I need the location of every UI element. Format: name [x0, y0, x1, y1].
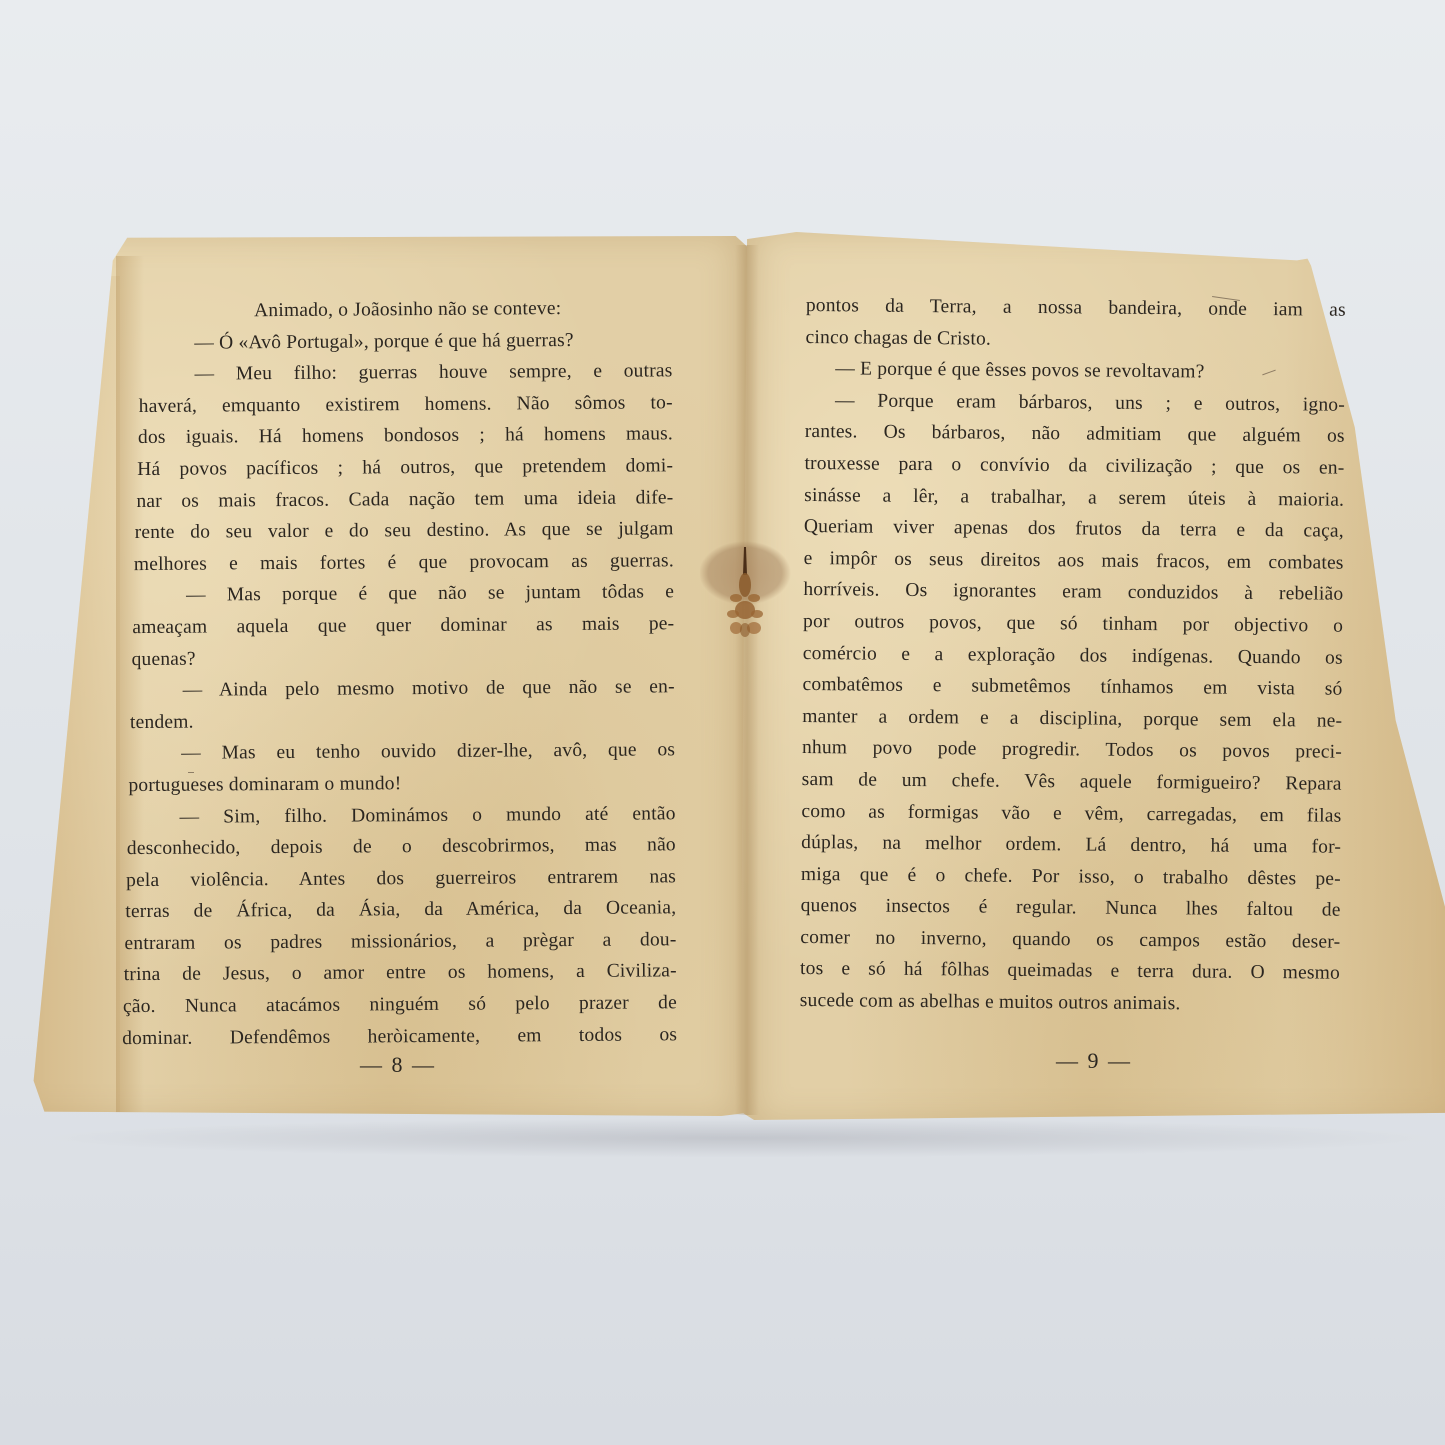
- text-line: Animado, o Joãosinho não se conteve:: [142, 292, 672, 327]
- text-line: combatêmos e submetêmos tínhamos em vist…: [802, 669, 1342, 705]
- text-line: sucede com as abelhas e muitos outros an…: [800, 985, 1340, 1021]
- text-line: e impôr os seus direitos aos mais fracos…: [804, 543, 1344, 579]
- text-line: terras de África, da Ásia, da América, d…: [125, 893, 676, 928]
- text-line: comércio e a exploração dos indígenas. Q…: [803, 638, 1343, 674]
- text-line: — Ainda pelo mesmo motivo de que não se …: [131, 671, 675, 706]
- text-line: desconhecido, depois de o descobrirmos, …: [127, 829, 676, 864]
- text-line: — Sim, filho. Dominámos o mundo até entã…: [128, 798, 676, 833]
- page-number-right: — 9 —: [1056, 1048, 1132, 1074]
- text-line: Queriam viver apenas dos frutos da terra…: [804, 511, 1344, 547]
- text-line: nar os mais fracos. Cada nação tem uma i…: [136, 482, 673, 517]
- text-line: pontos da Terra, a nossa bandeira, onde …: [806, 290, 1346, 326]
- text-line: — Mas porque é que não se juntam tôdas e: [134, 577, 674, 612]
- text-line: ção. Nunca atacámos ninguém só pelo praz…: [123, 987, 677, 1022]
- cover-edge-strip: [30, 276, 120, 1116]
- text-line: cinco chagas de Cristo.: [805, 322, 1345, 358]
- right-page-text: pontos da Terra, a nossa bandeira, onde …: [800, 290, 1346, 1021]
- left-page-text: Animado, o Joãosinho não se conteve: — Ó…: [142, 292, 677, 1054]
- text-line: miga que é o chefe. Por isso, o trabalho…: [801, 859, 1341, 895]
- text-line: quenas?: [131, 640, 674, 675]
- open-booklet: Animado, o Joãosinho não se conteve: — Ó…: [0, 0, 1445, 1445]
- text-line: horríveis. Os ignorantes eram conduzidos…: [803, 574, 1343, 610]
- text-line: tos e só há fôlhas queimadas e terra dur…: [800, 953, 1340, 989]
- text-line: trouxesse para o convívio da civilização…: [804, 448, 1344, 484]
- text-line: ameaçam aquela que quer dominar as mais …: [132, 608, 674, 643]
- text-line: sam de um chefe. Vês aquele formigueiro?…: [802, 764, 1342, 800]
- text-line: Há povos pacíficos ; há outros, que pret…: [137, 450, 673, 485]
- booklet-shadow: [40, 1118, 1440, 1158]
- text-line: dominar. Defendêmos heròicamente, em tod…: [122, 1019, 677, 1054]
- text-line: quenos insectos é regular. Nunca lhes fa…: [800, 890, 1340, 926]
- text-line: portugueses dominaram o mundo!: [128, 766, 675, 801]
- text-line: sinásse a lêr, a trabalhar, a serem útei…: [804, 480, 1344, 516]
- text-line: como as formigas vão e vêm, carregadas, …: [801, 795, 1341, 831]
- text-line: por outros povos, que só tinham por obje…: [803, 606, 1343, 642]
- text-line: haverá, emquanto existirem homens. Não s…: [139, 387, 673, 422]
- text-line: — Porque eram bárbaros, uns ; e outros, …: [805, 385, 1345, 421]
- text-line: — Meu filho: guerras houve sempre, e out…: [142, 355, 672, 390]
- text-line: tendem.: [130, 703, 675, 738]
- text-line: rente do seu valor e do seu destino. As …: [135, 513, 674, 548]
- page-number-left: — 8 —: [360, 1052, 436, 1078]
- text-line: comer no inverno, quando os campos estão…: [800, 922, 1340, 958]
- text-line: entraram os padres missionários, a prèga…: [124, 924, 676, 959]
- text-line: — Mas eu tenho ouvido dizer-lhe, avô, qu…: [129, 735, 675, 770]
- text-line: — E porque é que êsses povos se revoltav…: [805, 353, 1345, 389]
- text-line: pela violência. Antes dos guerreiros ent…: [126, 861, 676, 896]
- text-line: nhum povo pode progredir. Todos os povos…: [802, 732, 1342, 768]
- text-line: dúplas, na melhor ordem. Lá dentro, há u…: [801, 827, 1341, 863]
- text-line: trina de Jesus, o amor entre os homens, …: [124, 956, 677, 991]
- text-line: rantes. Os bárbaros, não admitiam que al…: [805, 416, 1345, 452]
- text-line: dos iguais. Há homens bondosos ; há home…: [138, 419, 673, 454]
- text-line: manter a ordem e a disciplina, porque se…: [802, 701, 1342, 737]
- text-line: — Ó «Avô Portugal», porque é que há guer…: [142, 324, 672, 359]
- text-line: melhores e mais fortes é que provocam as…: [134, 545, 674, 580]
- water-stain-icon: [700, 535, 810, 685]
- pencil-mark-icon: [188, 772, 194, 773]
